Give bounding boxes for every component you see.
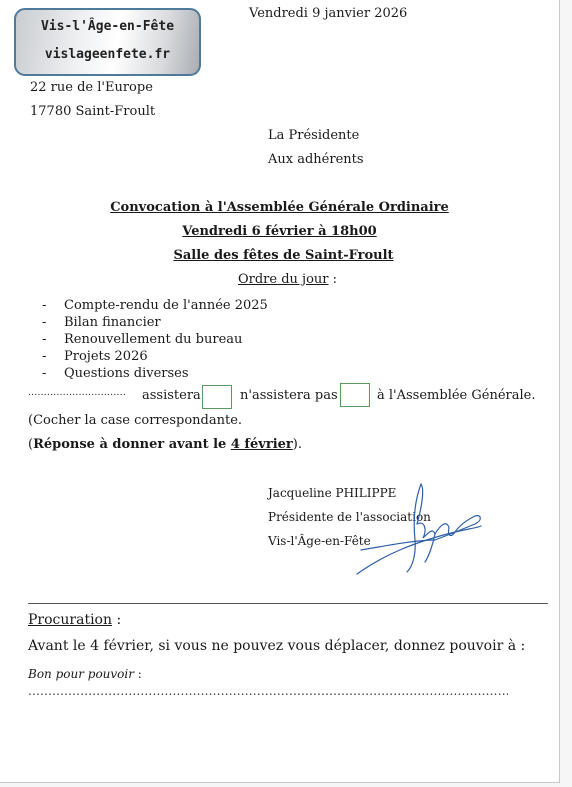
meeting-location: Salle des fêtes de Saint-Froult xyxy=(0,248,563,263)
agenda-label: Ordre du jour xyxy=(238,272,329,287)
handwritten-signature xyxy=(355,480,495,580)
agenda-list: -Compte-rendu de l'année 2025 -Bilan fin… xyxy=(42,297,268,382)
proxy-label: Bon pour pouvoir : xyxy=(28,667,142,681)
letter-page: Vis-l'Âge-en-Fête vislageenfete.fr Vendr… xyxy=(0,0,560,783)
agenda-item: -Renouvellement du bureau xyxy=(42,331,268,348)
proxy-fill-line[interactable]: ........................................… xyxy=(28,684,508,700)
letter-date: Vendredi 9 janvier 2026 xyxy=(249,6,407,21)
attendance-suffix: à l'Assemblée Générale. xyxy=(377,388,535,403)
proxy-instruction: Avant le 4 février, si vous ne pouvez vo… xyxy=(28,638,525,654)
sender: La Présidente xyxy=(268,128,359,143)
meeting-datetime: Vendredi 6 février à 18h00 xyxy=(0,224,559,239)
agenda-item: -Questions diverses xyxy=(42,365,268,382)
agenda-item: -Bilan financier xyxy=(42,314,268,331)
address-city: 17780 Saint-Froult xyxy=(30,104,155,119)
checkbox-instruction: (Cocher la case correspondante. xyxy=(28,413,242,428)
logo-website: vislageenfete.fr xyxy=(16,47,199,62)
logo-name: Vis-l'Âge-en-Fête xyxy=(16,19,199,34)
reply-deadline: (Réponse à donner avant le 4 février). xyxy=(28,437,302,452)
not-attend-label: n'assistera pas xyxy=(240,388,338,403)
recipient: Aux adhérents xyxy=(268,152,364,167)
agenda-item: -Compte-rendu de l'année 2025 xyxy=(42,297,268,314)
deadline-date: 4 février xyxy=(231,437,293,452)
association-logo: Vis-l'Âge-en-Fête vislageenfete.fr xyxy=(14,8,201,76)
attend-checkbox[interactable] xyxy=(202,385,232,409)
attend-label: assistera xyxy=(142,388,201,403)
convocation-title: Convocation à l'Assemblée Générale Ordin… xyxy=(0,200,559,215)
agenda-heading: Ordre du jour : xyxy=(0,272,567,287)
not-attend-checkbox[interactable] xyxy=(340,383,370,407)
agenda-item: -Projets 2026 xyxy=(42,348,268,365)
address-street: 22 rue de l'Europe xyxy=(30,80,153,95)
proxy-title: Procuration xyxy=(28,612,112,628)
section-divider xyxy=(28,603,548,604)
attendee-name-blank[interactable]: ............................... xyxy=(28,388,126,398)
proxy-heading: Procuration : xyxy=(28,612,121,628)
